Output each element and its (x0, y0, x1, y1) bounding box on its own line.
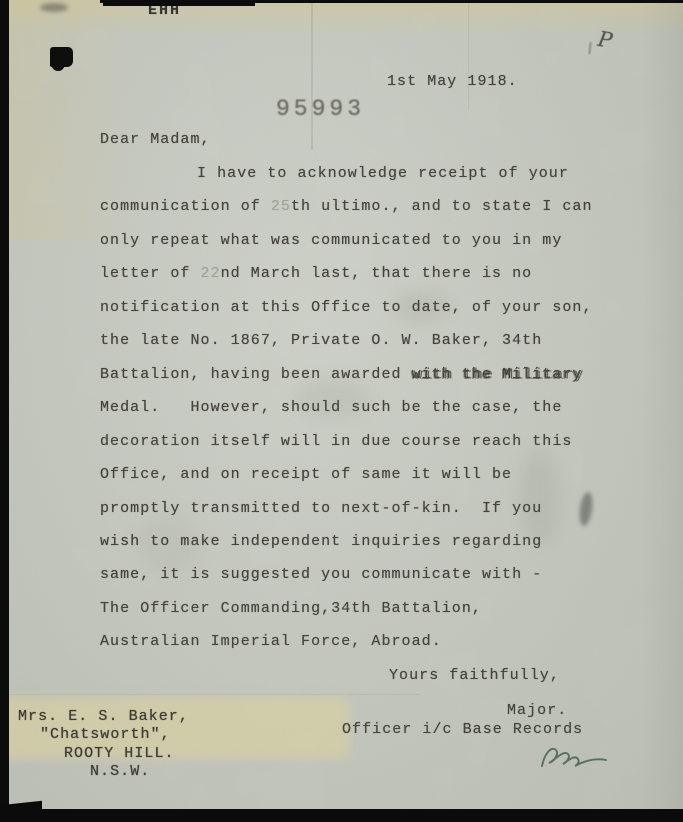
recipient-name: Mrs. E. S. Baker, (18, 708, 189, 726)
body-line: promptly transmitted to next-of-kin. If … (100, 500, 542, 517)
body-text: th ultimo., and to state I can (291, 198, 593, 215)
letter-body: I have to acknowledge receipt of yourcom… (100, 165, 640, 665)
body-text: nd March last, that there is no (221, 265, 533, 282)
body-line: same, it is suggested you communicate wi… (100, 566, 542, 583)
pencil-mark: P (596, 27, 615, 53)
paper-shade-right (641, 0, 683, 822)
scanned-letter-page: EHH P 1st May 1918. 95993 Dear Madam, I … (0, 0, 683, 822)
body-text: Battalion, having been awarded (100, 366, 412, 383)
body-text: Office, and on receipt of same it will b… (100, 466, 512, 483)
body-text: the late No. 1867, Private O. W. Baker, … (100, 332, 542, 349)
paper-crease (311, 0, 313, 150)
body-text: Australian Imperial Force, Abroad. (100, 633, 442, 650)
body-text: wish to make independent inquiries regar… (100, 533, 542, 550)
body-line: Medal. However, should such be the case,… (100, 399, 562, 416)
scan-border-top-thick (103, 0, 255, 6)
scan-border-bottom (0, 809, 683, 822)
signature-rank: Major. (507, 702, 567, 719)
body-text: only repeat what was communicated to you… (100, 232, 562, 249)
paper-crease (468, 0, 469, 110)
body-text: letter of (100, 265, 201, 282)
body-line: the late No. 1867, Private O. W. Baker, … (100, 332, 542, 349)
signature-title: Officer i/c Base Records (342, 721, 583, 738)
body-line: Australian Imperial Force, Abroad. (100, 633, 442, 650)
body-text: promptly transmitted to next-of-kin. If … (100, 500, 542, 517)
body-text-faint: 22 (201, 265, 221, 282)
body-line: only repeat what was communicated to you… (100, 232, 562, 249)
body-line: decoration itself will in due course rea… (100, 433, 572, 450)
serial-number-stamp: 95993 (276, 96, 365, 122)
recipient-address-line: "Chatsworth", (18, 726, 189, 744)
body-text: notification at this Office to date, of … (100, 299, 593, 316)
body-line: letter of 22nd March last, that there is… (100, 265, 532, 282)
body-text: decoration itself will in due course rea… (100, 433, 572, 450)
salutation: Dear Madam, (100, 131, 211, 148)
body-text-overstruck: with the Military (412, 366, 583, 383)
body-line: The Officer Commanding,34th Battalion, (100, 600, 482, 617)
body-text: communication of (100, 198, 271, 215)
body-line: notification at this Office to date, of … (100, 299, 593, 316)
body-line: I have to acknowledge receipt of your (100, 165, 569, 182)
body-text: Medal. However, should such be the case,… (100, 399, 562, 416)
paper-crease (0, 694, 420, 695)
date-line: 1st May 1918. (387, 73, 518, 90)
body-line: communication of 25th ultimo., and to st… (100, 198, 593, 215)
signature-mark (536, 740, 608, 774)
valediction: Yours faithfully, (389, 667, 560, 684)
body-text: same, it is suggested you communicate wi… (100, 566, 542, 583)
recipient-address-line: N.S.W. (18, 763, 189, 781)
scan-border-left (0, 0, 9, 822)
body-line: Battalion, having been awarded with the … (100, 366, 582, 383)
recipient-address-block: Mrs. E. S. Baker, "Chatsworth", ROOTY HI… (18, 708, 189, 781)
body-line: Office, and on receipt of same it will b… (100, 466, 512, 483)
paper-smudge (40, 3, 68, 12)
pencil-dash-mark (588, 42, 591, 54)
body-text-faint: 25 (271, 198, 291, 215)
body-text: I have to acknowledge receipt of your (197, 165, 569, 182)
body-line: wish to make independent inquiries regar… (100, 533, 542, 550)
recipient-address-line: ROOTY HILL. (18, 745, 189, 763)
body-text: The Officer Commanding,34th Battalion, (100, 600, 482, 617)
